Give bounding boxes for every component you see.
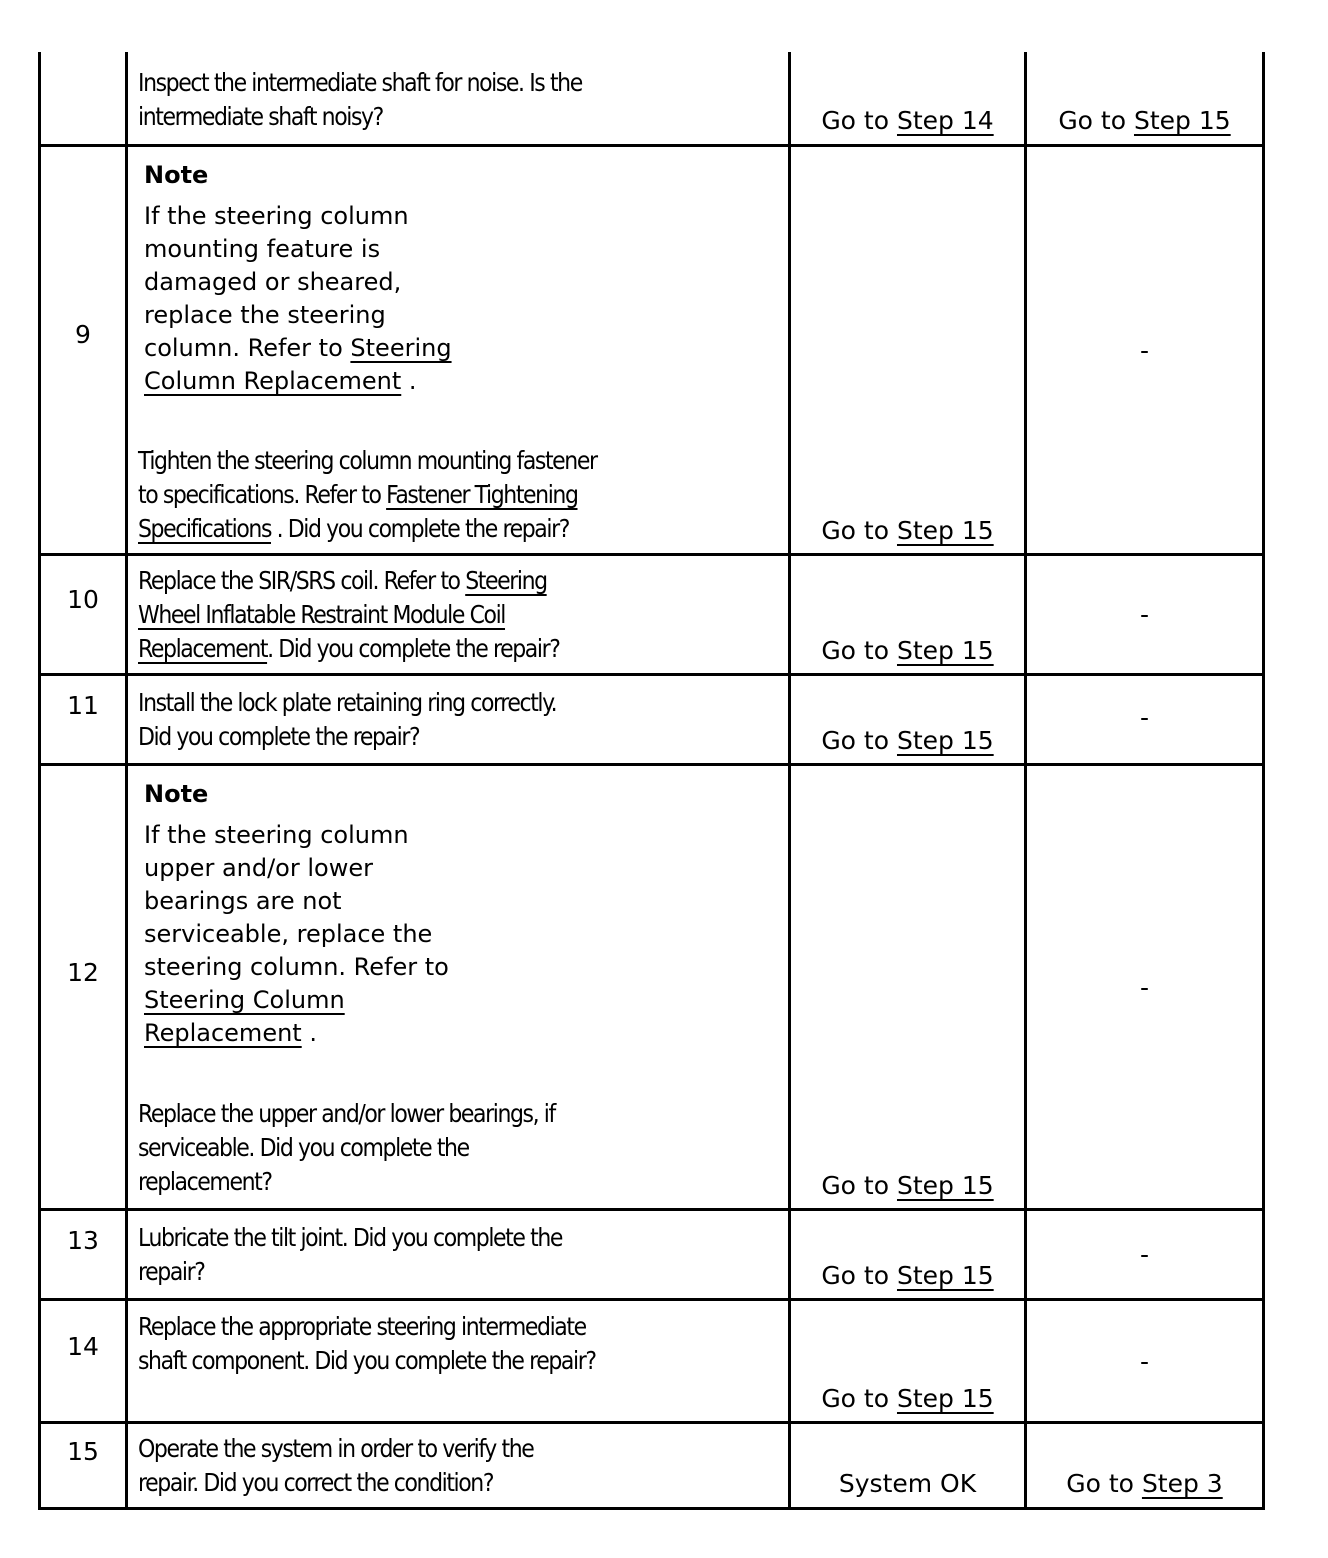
step-action: Replace the SIR/SRS coil. Refer to Steer… bbox=[128, 564, 788, 666]
step-15-link[interactable]: Step 15 bbox=[897, 1382, 994, 1416]
fastener-tightening-specifications-link[interactable]: Fastener Tightening bbox=[386, 480, 577, 509]
step-action: Replace the appropriate steering interme… bbox=[128, 1310, 788, 1378]
system-ok-text: System OK bbox=[839, 1467, 976, 1501]
yes-result: Go to Step 15 bbox=[791, 147, 1024, 548]
note-line: If the steering column bbox=[144, 819, 504, 852]
yes-result: Go to Step 15 bbox=[791, 556, 1024, 668]
action-text: intermediate shaft noisy? bbox=[138, 100, 705, 134]
action-text: Install the lock plate retaining ring co… bbox=[138, 686, 705, 720]
action-text: repair. Did you correct the condition? bbox=[138, 1466, 705, 1500]
action-text: replacement? bbox=[138, 1165, 705, 1199]
yes-result: Go to Step 15 bbox=[791, 1301, 1024, 1416]
note-line: bearings are not bbox=[144, 885, 504, 918]
step-3-link[interactable]: Step 3 bbox=[1142, 1467, 1223, 1501]
step-15-link[interactable]: Step 15 bbox=[897, 634, 994, 668]
step-number: 11 bbox=[41, 676, 125, 734]
action-text: Tighten the steering column mounting fas… bbox=[138, 444, 705, 478]
note-line: Column Replacement . bbox=[144, 365, 504, 398]
step-number: 10 bbox=[41, 556, 125, 642]
note-block: Note If the steering column mounting fea… bbox=[128, 160, 788, 398]
note-block: Note If the steering column upper and/or… bbox=[128, 779, 788, 1050]
steering-column-replacement-link[interactable]: Steering bbox=[350, 334, 451, 362]
fastener-tightening-specifications-link[interactable]: Specifications bbox=[138, 514, 271, 543]
no-result: - bbox=[1027, 1301, 1262, 1421]
action-text: Replacement. Did you complete the repair… bbox=[138, 632, 705, 666]
steering-column-replacement-link[interactable]: Column Replacement bbox=[144, 367, 401, 395]
step-15-link[interactable]: Step 15 bbox=[897, 1259, 994, 1293]
note-line: damaged or sheared, bbox=[144, 266, 504, 299]
steering-column-replacement-link[interactable]: Replacement bbox=[144, 1019, 302, 1047]
no-prefix: Go to bbox=[1058, 104, 1134, 138]
note-line: If the steering column bbox=[144, 200, 504, 233]
yes-prefix: Go to bbox=[821, 1259, 897, 1293]
note-line: Steering Column bbox=[144, 984, 504, 1017]
table-border-bottom bbox=[38, 1507, 1265, 1510]
action-text: Operate the system in order to verify th… bbox=[138, 1432, 705, 1466]
steering-column-replacement-link[interactable]: Steering Column bbox=[144, 986, 345, 1014]
action-text: repair? bbox=[138, 1255, 705, 1289]
step-action: Inspect the intermediate shaft for noise… bbox=[128, 66, 788, 134]
note-title: Note bbox=[144, 779, 788, 809]
yes-result: Go to Step 15 bbox=[791, 676, 1024, 758]
step-number: 14 bbox=[41, 1301, 125, 1391]
action-text: Inspect the intermediate shaft for noise… bbox=[138, 66, 705, 100]
action-text: Specifications . Did you complete the re… bbox=[138, 512, 705, 546]
action-text: to specifications. Refer to Fastener Tig… bbox=[138, 478, 705, 512]
yes-result: Go to Step 15 bbox=[791, 1211, 1024, 1293]
note-text: . bbox=[302, 1019, 317, 1047]
step-15-link[interactable]: Step 15 bbox=[897, 1169, 994, 1203]
no-result: - bbox=[1027, 147, 1262, 553]
step-number: 15 bbox=[41, 1424, 125, 1478]
yes-result: Go to Step 15 bbox=[791, 766, 1024, 1203]
action-text: Did you complete the repair? bbox=[138, 720, 705, 754]
note-body: If the steering column upper and/or lowe… bbox=[144, 819, 504, 1050]
note-line: mounting feature is bbox=[144, 233, 504, 266]
yes-prefix: Go to bbox=[821, 634, 897, 668]
note-line: Replacement . bbox=[144, 1017, 504, 1050]
step-number bbox=[41, 52, 125, 144]
note-line: serviceable, replace the bbox=[144, 918, 504, 951]
note-line: steering column. Refer to bbox=[144, 951, 504, 984]
action-fragment: to specifications. Refer to bbox=[138, 480, 386, 509]
note-text: . bbox=[401, 367, 416, 395]
steering-wheel-coil-replacement-link[interactable]: Steering bbox=[465, 566, 546, 595]
no-result: - bbox=[1027, 1211, 1262, 1298]
no-result: Go to Step 15 bbox=[1027, 52, 1262, 138]
action-fragment: . Did you complete the repair? bbox=[267, 634, 559, 663]
step-action: Tighten the steering column mounting fas… bbox=[128, 444, 788, 546]
step-number: 12 bbox=[41, 766, 125, 1178]
action-text: serviceable. Did you complete the bbox=[138, 1131, 705, 1165]
step-action: Install the lock plate retaining ring co… bbox=[128, 686, 788, 754]
step-number: 13 bbox=[41, 1211, 125, 1269]
no-prefix: Go to bbox=[1066, 1467, 1142, 1501]
yes-prefix: Go to bbox=[821, 514, 897, 548]
note-line: upper and/or lower bbox=[144, 852, 504, 885]
yes-result: Go to Step 14 bbox=[791, 52, 1024, 138]
step-15-link[interactable]: Step 15 bbox=[897, 514, 994, 548]
diagnostic-table: Inspect the intermediate shaft for noise… bbox=[0, 0, 1328, 1558]
step-action: Lubricate the tilt joint. Did you comple… bbox=[128, 1221, 788, 1289]
yes-prefix: Go to bbox=[821, 724, 897, 758]
note-line: replace the steering bbox=[144, 299, 504, 332]
action-fragment: . Did you complete the repair? bbox=[271, 514, 569, 543]
yes-prefix: Go to bbox=[821, 104, 897, 138]
steering-wheel-coil-replacement-link[interactable]: Wheel Inflatable Restraint Module Coil bbox=[138, 600, 505, 629]
action-text: Replace the upper and/or lower bearings,… bbox=[138, 1097, 705, 1131]
no-result: - bbox=[1027, 556, 1262, 673]
no-result: - bbox=[1027, 766, 1262, 1208]
step-number: 9 bbox=[41, 147, 125, 522]
note-line: column. Refer to Steering bbox=[144, 332, 504, 365]
note-text: column. Refer to bbox=[144, 334, 350, 362]
step-action: Operate the system in order to verify th… bbox=[128, 1432, 788, 1500]
action-text: Replace the appropriate steering interme… bbox=[138, 1310, 705, 1344]
yes-prefix: Go to bbox=[821, 1169, 897, 1203]
table-border-right bbox=[1262, 52, 1265, 1510]
steering-wheel-coil-replacement-link[interactable]: Replacement bbox=[138, 634, 267, 663]
yes-result: System OK bbox=[791, 1424, 1024, 1501]
no-result: Go to Step 3 bbox=[1027, 1424, 1262, 1501]
note-title: Note bbox=[144, 160, 788, 190]
action-text: Wheel Inflatable Restraint Module Coil bbox=[138, 598, 705, 632]
step-15-link[interactable]: Step 15 bbox=[897, 724, 994, 758]
action-fragment: Replace the SIR/SRS coil. Refer to bbox=[138, 566, 465, 595]
no-result: - bbox=[1027, 676, 1262, 758]
action-text: Lubricate the tilt joint. Did you comple… bbox=[138, 1221, 705, 1255]
yes-prefix: Go to bbox=[821, 1382, 897, 1416]
note-body: If the steering column mounting feature … bbox=[144, 200, 504, 398]
step-14-link[interactable]: Step 14 bbox=[897, 104, 994, 138]
action-text: Replace the SIR/SRS coil. Refer to Steer… bbox=[138, 564, 705, 598]
step-action: Replace the upper and/or lower bearings,… bbox=[128, 1097, 788, 1199]
action-text: shaft component. Did you complete the re… bbox=[138, 1344, 705, 1378]
step-15-link[interactable]: Step 15 bbox=[1134, 104, 1231, 138]
